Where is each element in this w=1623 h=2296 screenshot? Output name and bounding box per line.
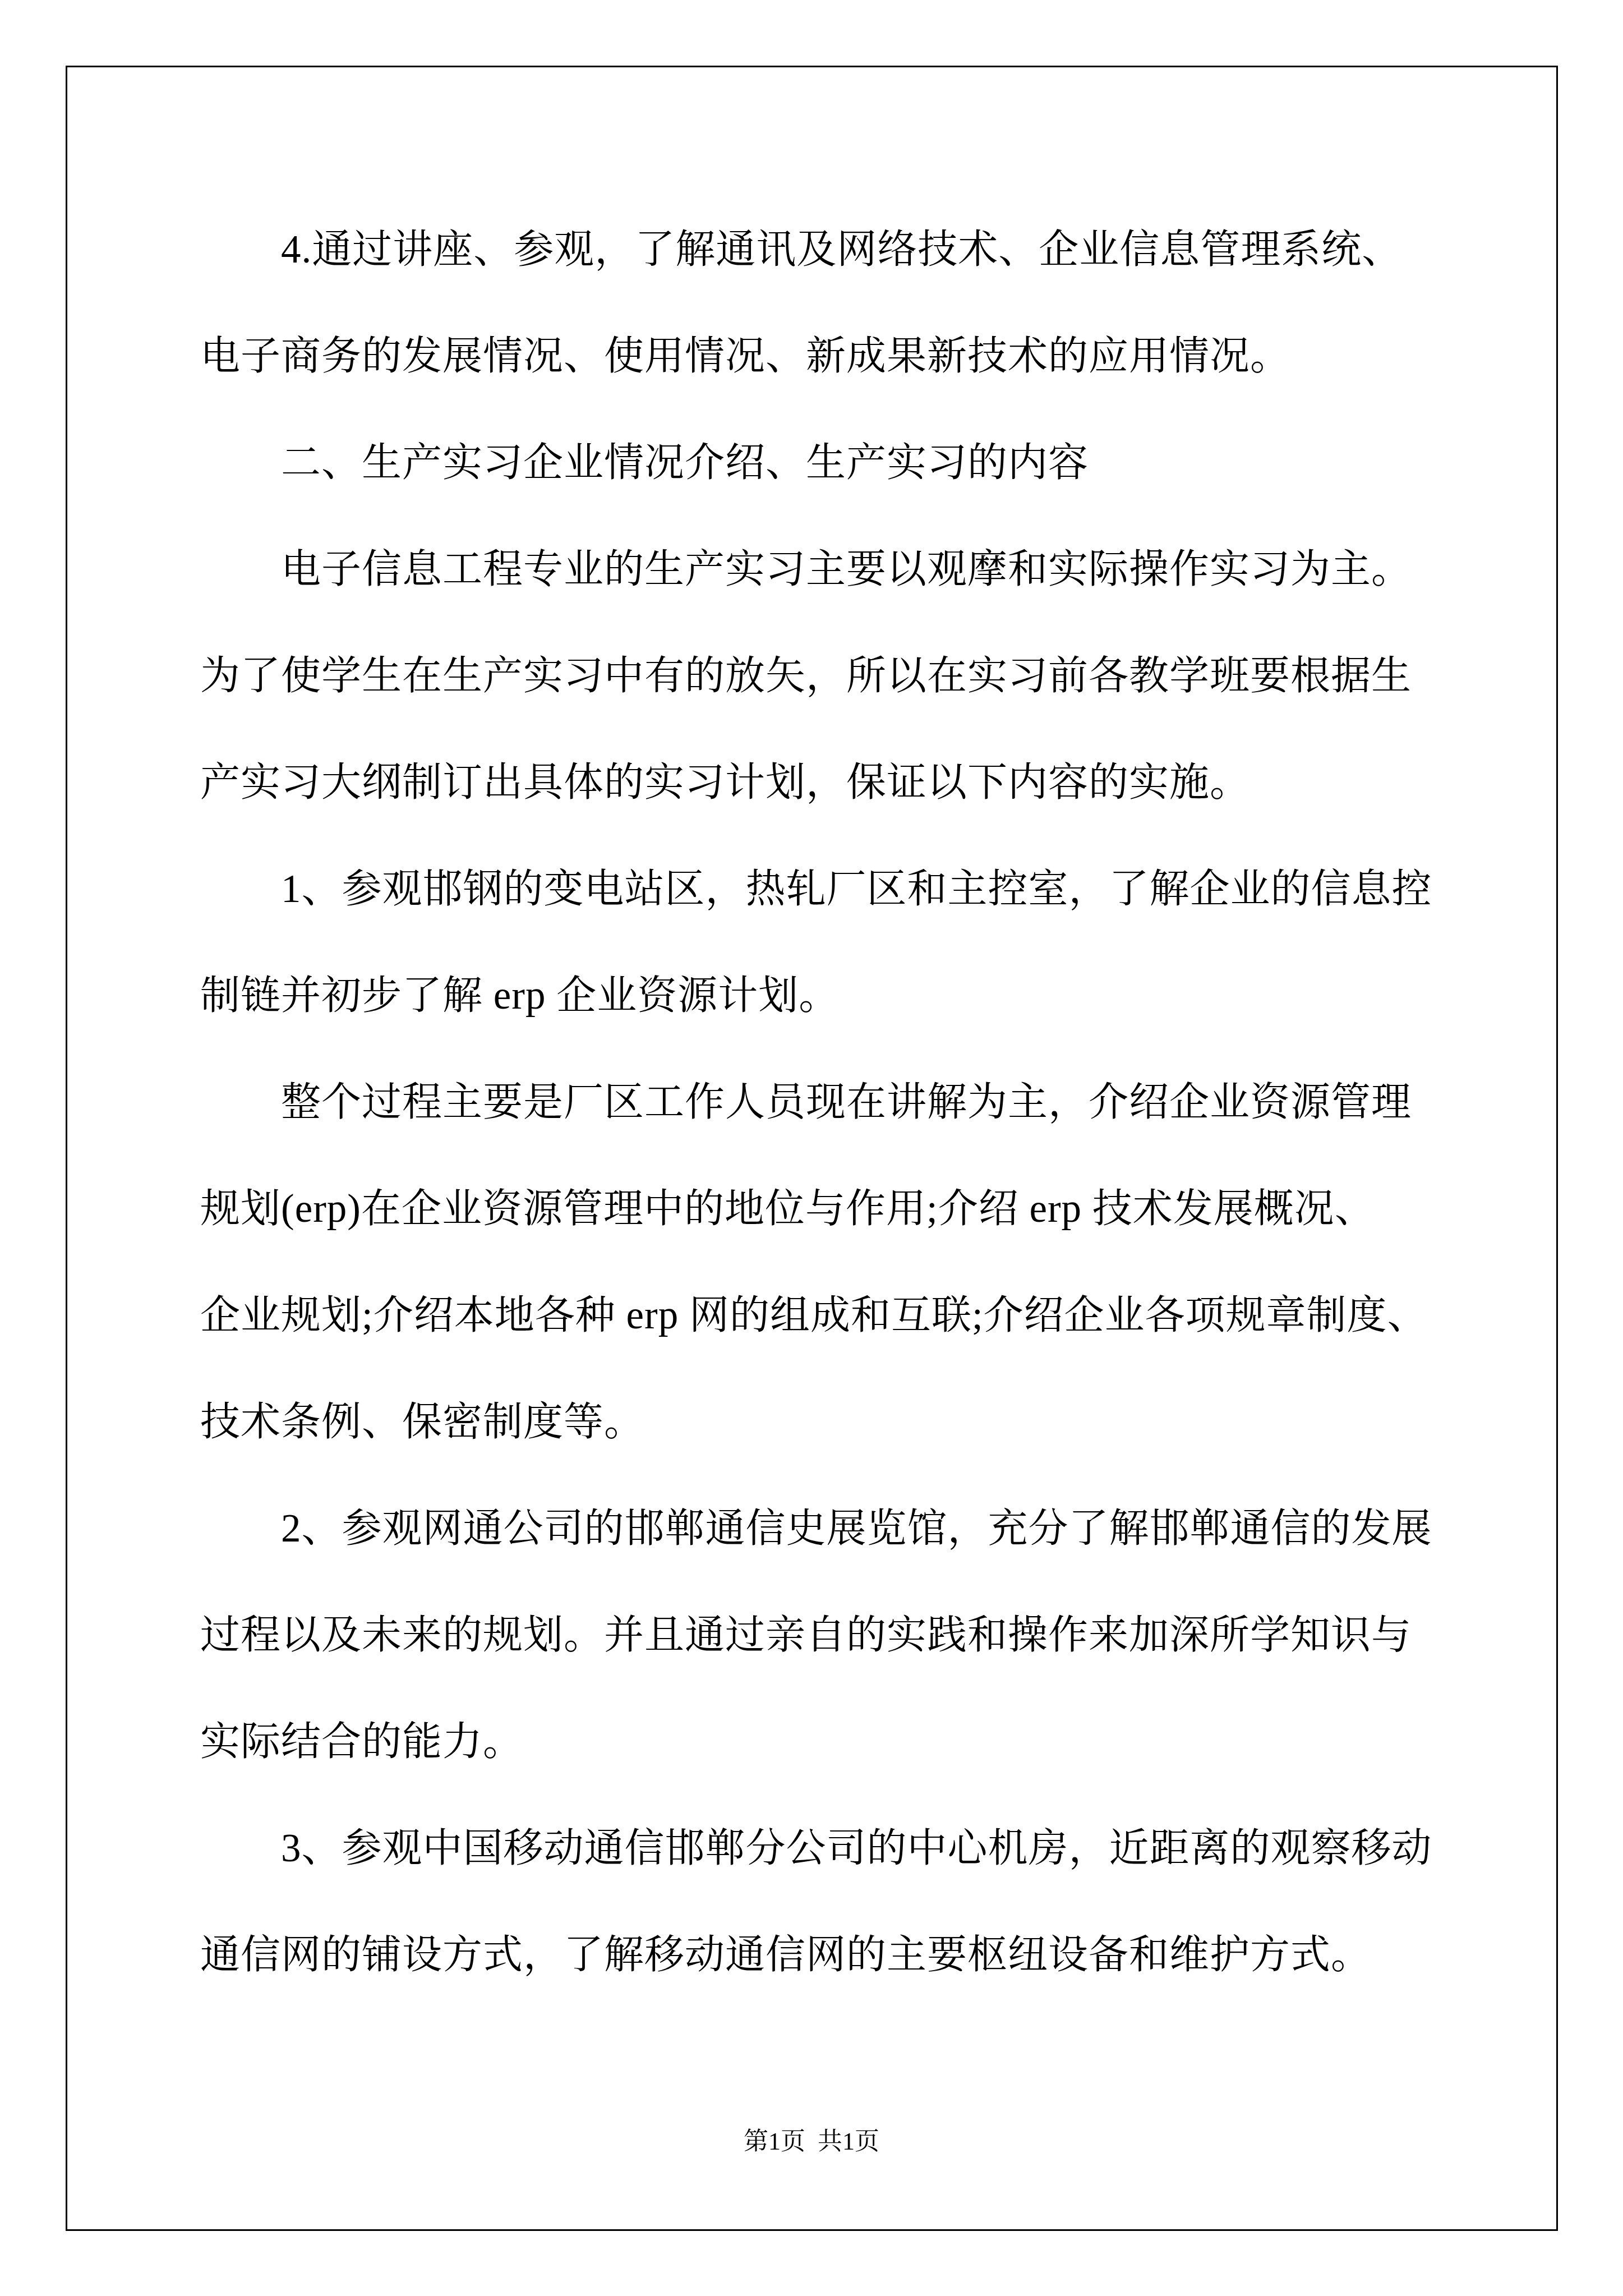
text-line: 整个过程主要是厂区工作人员现在讲解为主，介绍企业资源管理 xyxy=(200,1049,1428,1156)
text-line: 4.通过讲座、参观，了解通讯及网络技术、企业信息管理系统、 xyxy=(200,196,1428,303)
text-line: 1、参观邯钢的变电站区，热轧厂区和主控室，了解企业的信息控 xyxy=(200,836,1428,942)
text-line: 电子商务的发展情况、使用情况、新成果新技术的应用情况。 xyxy=(200,303,1428,409)
text-line: 为了使学生在生产实习中有的放矢，所以在实习前各教学班要根据生 xyxy=(200,623,1428,729)
text-line: 2、参观网通公司的邯郸通信史展览馆，充分了解邯郸通信的发展 xyxy=(200,1475,1428,1582)
text-line: 产实习大纲制订出具体的实习计划，保证以下内容的实施。 xyxy=(200,729,1428,836)
text-line: 制链并初步了解 erp 企业资源计划。 xyxy=(200,942,1428,1049)
document-page: { "page": { "background_color": "#ffffff… xyxy=(0,0,1623,2296)
text-line: 实际结合的能力。 xyxy=(200,1688,1428,1795)
document-body: 4.通过讲座、参观，了解通讯及网络技术、企业信息管理系统、电子商务的发展情况、使… xyxy=(200,196,1428,2008)
text-line: 规划(erp)在企业资源管理中的地位与作用;介绍 erp 技术发展概况、 xyxy=(200,1156,1428,1262)
text-line: 企业规划;介绍本地各种 erp 网的组成和互联;介绍企业各项规章制度、 xyxy=(200,1262,1428,1369)
text-line: 3、参观中国移动通信邯郸分公司的中心机房，近距离的观察移动 xyxy=(200,1795,1428,1902)
page-footer: 第1页 共1页 xyxy=(0,2125,1623,2159)
text-line: 过程以及未来的规划。并且通过亲自的实践和操作来加深所学知识与 xyxy=(200,1582,1428,1688)
text-line: 电子信息工程专业的生产实习主要以观摩和实际操作实习为主。 xyxy=(200,516,1428,623)
text-line: 技术条例、保密制度等。 xyxy=(200,1369,1428,1475)
text-line: 二、生产实习企业情况介绍、生产实习的内容 xyxy=(200,409,1428,516)
text-line: 通信网的铺设方式，了解移动通信网的主要枢纽设备和维护方式。 xyxy=(200,1902,1428,2008)
